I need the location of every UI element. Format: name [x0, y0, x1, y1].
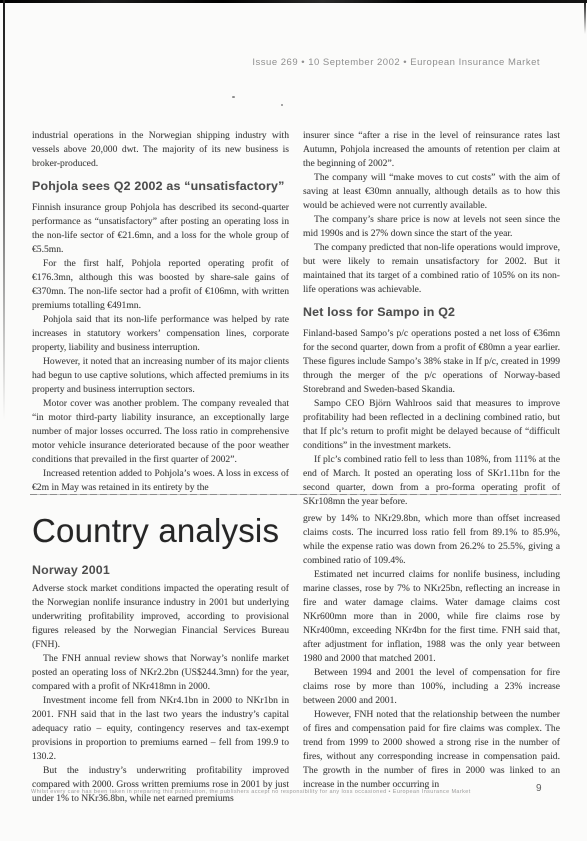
issue-header-line: Issue 269 • 10 September 2002 • European…: [120, 57, 540, 68]
country-left-column: Country analysis Norway 2001 Adverse sto…: [32, 512, 289, 806]
scan-artifact-left-edge: [3, 0, 5, 420]
top-article-section: industrial operations in the Norwegian s…: [32, 129, 560, 509]
article-paragraph: Finnish insurance group Pohjola has desc…: [32, 201, 289, 257]
section-divider-rule: [30, 494, 561, 495]
article-paragraph: Increased retention added to Pohjola’s w…: [32, 467, 289, 495]
article-heading-sampo: Net loss for Sampo in Q2: [303, 305, 560, 319]
country-analysis-section: Country analysis Norway 2001 Adverse sto…: [32, 512, 560, 806]
scan-artifact-top-edge: [0, 0, 587, 3]
article-paragraph: For the first half, Pohjola reported ope…: [32, 257, 289, 313]
article-heading-pohjola: Pohjola sees Q2 2002 as “unsatisfactory”: [32, 179, 289, 193]
country-analysis-title: Country analysis: [32, 512, 289, 550]
article-paragraph: Between 1994 and 2001 the level of compe…: [303, 666, 560, 708]
article-paragraph: insurer since “after a rise in the level…: [303, 129, 560, 171]
footer-fine-print: Whilst every care has been taken in prep…: [31, 789, 481, 795]
page-number: 9: [536, 783, 542, 794]
scan-speck: [281, 104, 283, 106]
article-paragraph: Finland-based Sampo’s p/c operations pos…: [303, 327, 560, 397]
article-paragraph: The FNH annual review shows that Norway’…: [32, 652, 289, 694]
top-right-column: insurer since “after a rise in the level…: [303, 129, 560, 509]
scanned-newsletter-page: Issue 269 • 10 September 2002 • European…: [0, 0, 587, 841]
article-paragraph: Motor cover was another problem. The com…: [32, 397, 289, 467]
norway-2001-heading: Norway 2001: [32, 563, 289, 577]
article-paragraph: Sampo CEO Björn Wahlroos said that measu…: [303, 397, 560, 453]
article-paragraph: However, FNH noted that the relationship…: [303, 708, 560, 792]
article-paragraph: The company will “make moves to cut cost…: [303, 171, 560, 213]
article-paragraph: Estimated net incurred claims for nonlif…: [303, 568, 560, 666]
article-paragraph: grew by 14% to NKr29.8bn, which more tha…: [303, 512, 560, 568]
article-paragraph: Adverse stock market conditions impacted…: [32, 582, 289, 652]
top-left-column: industrial operations in the Norwegian s…: [32, 129, 289, 509]
article-paragraph: If plc’s combined ratio fell to less tha…: [303, 453, 560, 509]
article-paragraph: However, it noted that an increasing num…: [32, 355, 289, 397]
article-paragraph: Pohjola said that its non-life performan…: [32, 313, 289, 355]
article-paragraph: The company’s share price is now at leve…: [303, 213, 560, 241]
article-paragraph: The company predicted that non-life oper…: [303, 241, 560, 297]
country-right-column: grew by 14% to NKr29.8bn, which more tha…: [303, 512, 560, 806]
article-paragraph: But the industry’s underwriting profitab…: [32, 764, 289, 806]
scan-speck: [232, 96, 235, 98]
article-paragraph: Investment income fell from NKr4.1bn in …: [32, 694, 289, 764]
scan-artifact-right-edge: [584, 0, 586, 34]
article-paragraph: industrial operations in the Norwegian s…: [32, 129, 289, 171]
